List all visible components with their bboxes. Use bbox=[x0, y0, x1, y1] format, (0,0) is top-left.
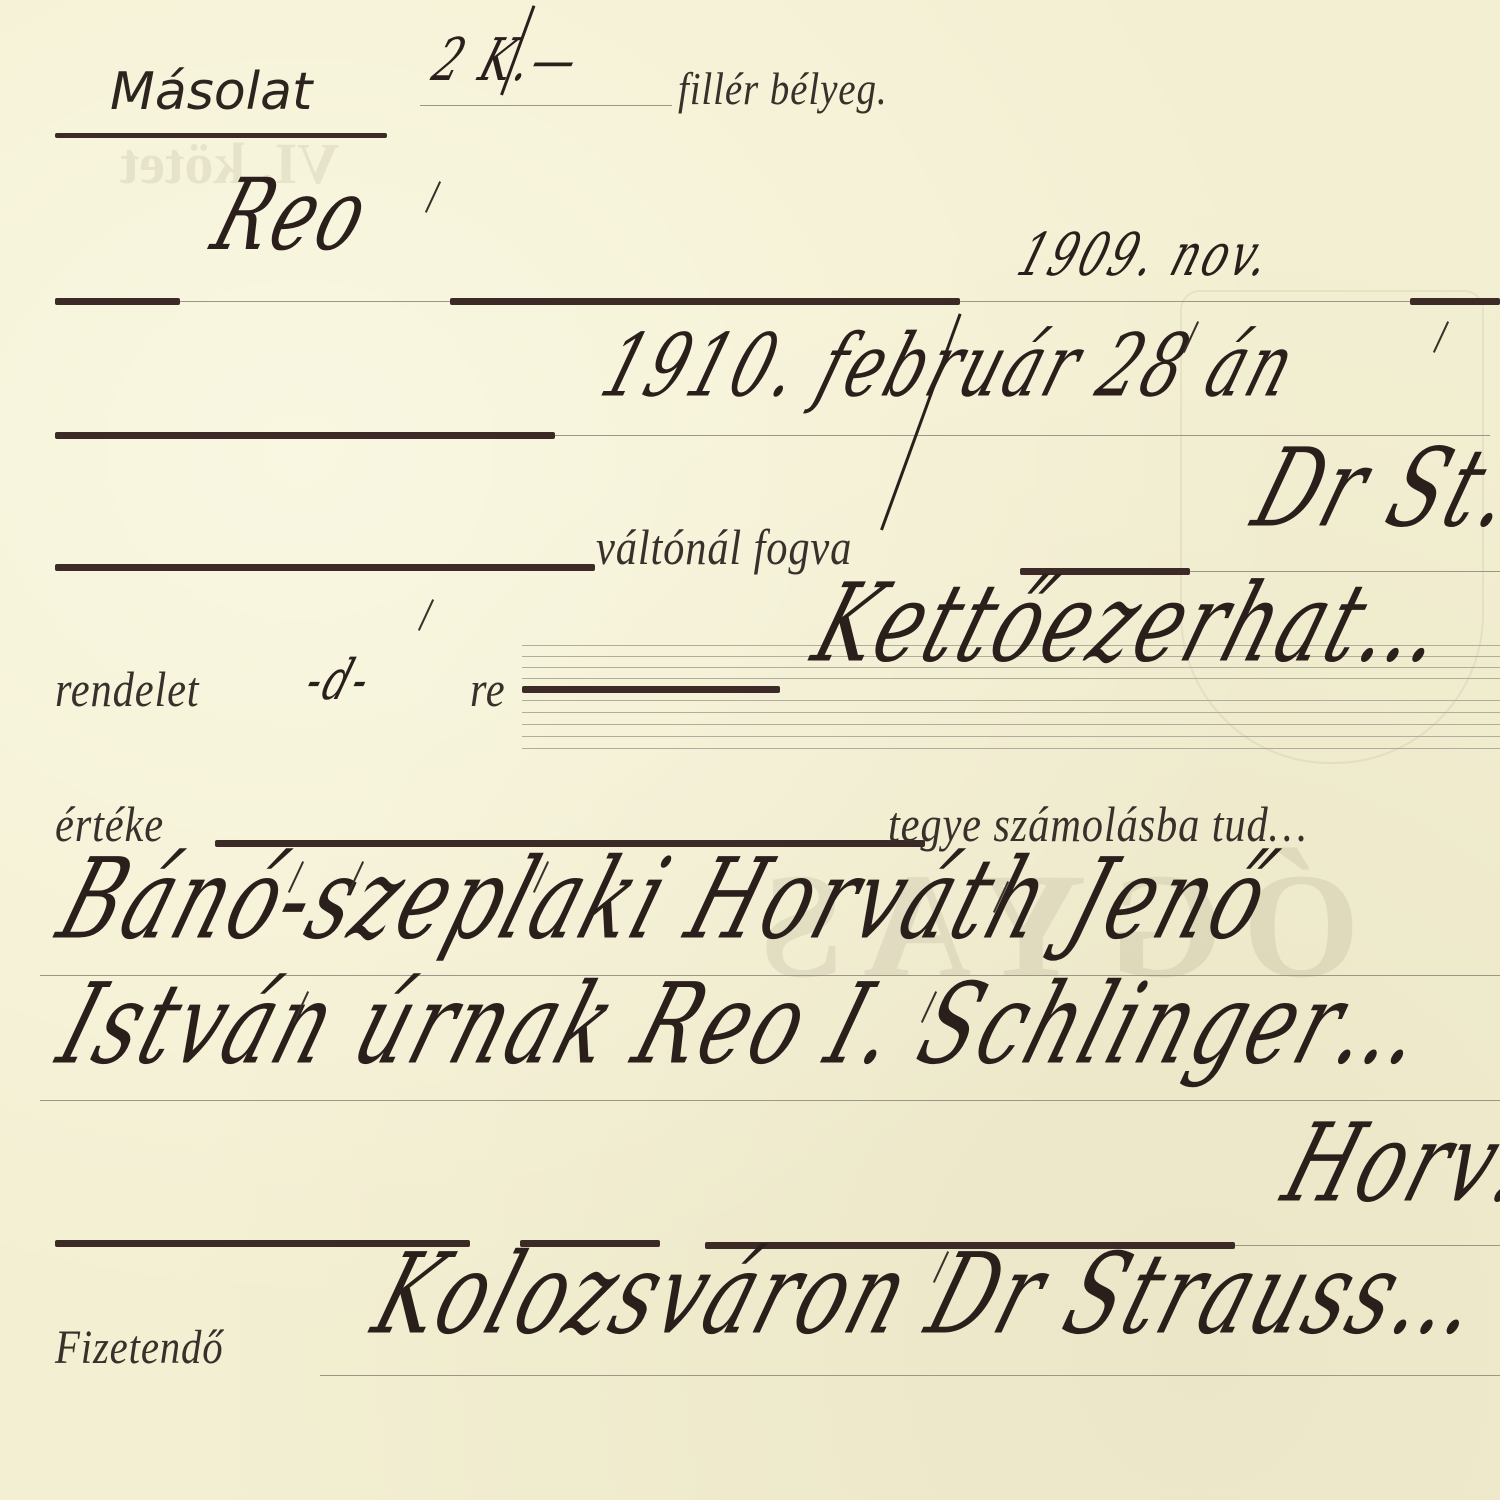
line1-rule-a bbox=[55, 298, 180, 305]
stamp-label: fillér bélyeg. bbox=[678, 62, 888, 115]
staff-line bbox=[522, 748, 1500, 749]
line1-rule-c bbox=[1410, 298, 1500, 305]
order-inline-handwritten: -d- bbox=[298, 649, 381, 713]
order-suffix: re bbox=[470, 660, 506, 718]
line7-rule-thin bbox=[40, 1100, 1500, 1101]
bill-holder-handwritten: Dr St… bbox=[1240, 425, 1500, 552]
line1-rule-b bbox=[450, 298, 960, 305]
order-label: rendelet bbox=[55, 660, 199, 718]
staff-line bbox=[522, 724, 1500, 725]
signature-handwritten: Horv… bbox=[1270, 1100, 1500, 1227]
addressee-line1-handwritten: Bánó-szeplaki Horváth Jenő bbox=[45, 834, 1287, 964]
payable-place-handwritten: Kolozsváron Dr Strauss… bbox=[360, 1229, 1500, 1359]
addressee-line2-handwritten: István úrnak Reo I. Schlinger… bbox=[45, 959, 1445, 1089]
staff-line bbox=[522, 736, 1500, 737]
payable-label: Fizetendő bbox=[55, 1320, 224, 1375]
issue-date-handwritten: 1909. nov. bbox=[1010, 221, 1282, 289]
document-title: Másolat bbox=[110, 62, 312, 122]
bill-label: váltónál fogva bbox=[596, 518, 852, 576]
accent-mark bbox=[418, 599, 434, 631]
line1-rule-thin-a bbox=[180, 301, 450, 302]
stamp-amount-line bbox=[420, 105, 672, 106]
line3-rule-a bbox=[55, 564, 595, 571]
accent-mark bbox=[425, 181, 441, 213]
line9-rule-thin bbox=[320, 1375, 1500, 1376]
amount-in-words-handwritten: Kettőezerhat… bbox=[800, 560, 1465, 687]
title-underline bbox=[55, 133, 387, 138]
line4-rule bbox=[522, 686, 780, 693]
line2-rule-a bbox=[55, 432, 555, 439]
due-date-handwritten: 1910. február 28 án bbox=[590, 316, 1309, 417]
staff-line bbox=[522, 712, 1500, 713]
line1-rule-thin-b bbox=[960, 301, 1410, 302]
staff-line bbox=[522, 700, 1500, 701]
stamp-amount-handwritten: 2 K.— bbox=[425, 26, 590, 94]
